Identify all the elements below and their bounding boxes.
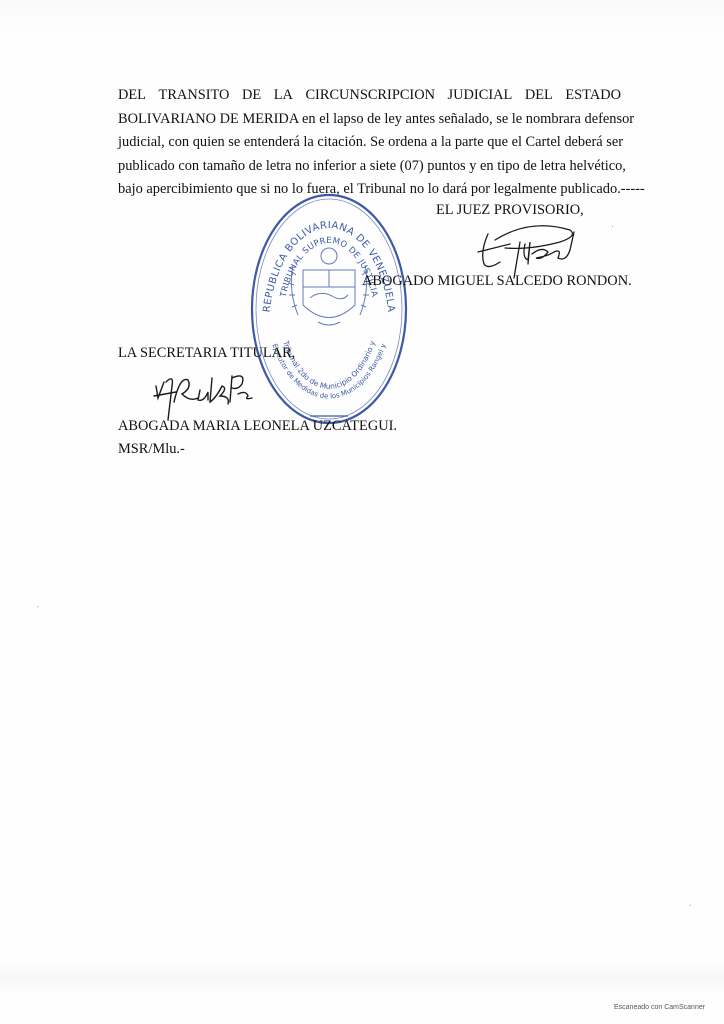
judge-title: EL JUEZ PROVISORIO, xyxy=(436,202,584,219)
svg-text:REPUBLICA BOLIVARIANA DE VENEZ: REPUBLICA BOLIVARIANA DE VENEZUELA xyxy=(262,220,397,313)
document-body: DEL TRANSITO DE LA CIRCUNSCRIPCION JUDIC… xyxy=(118,84,621,202)
scan-edge-bottom xyxy=(0,955,724,995)
court-stamp-icon: REPUBLICA BOLIVARIANA DE VENEZUELA TRIBU… xyxy=(248,190,410,428)
scan-speck xyxy=(690,905,691,906)
scan-speck xyxy=(612,226,613,227)
scan-speck xyxy=(37,606,38,607)
body-line-4: publicado con tamaño de letra no inferio… xyxy=(118,155,621,179)
judge-name: ABOGADO MIGUEL SALCEDO RONDON. xyxy=(362,273,632,290)
body-line-1: DEL TRANSITO DE LA CIRCUNSCRIPCION JUDIC… xyxy=(118,84,621,108)
scanned-page: DEL TRANSITO DE LA CIRCUNSCRIPCION JUDIC… xyxy=(0,0,724,1024)
camscanner-watermark: Escaneado con CamScanner xyxy=(614,1004,705,1011)
reference-initials: MSR/Mlu.- xyxy=(118,441,185,458)
scan-edge-top xyxy=(0,0,724,55)
secretary-signature-icon xyxy=(150,372,260,422)
secretary-name: ABOGADA MARIA LEONELA UZCATEGUI. xyxy=(118,418,397,435)
body-line-2: BOLIVARIANO DE MERIDA en el lapso de ley… xyxy=(118,108,621,132)
body-line-3: judicial, con quien se entenderá la cita… xyxy=(118,131,621,155)
secretary-title: LA SECRETARIA TITULAR, xyxy=(118,345,295,362)
